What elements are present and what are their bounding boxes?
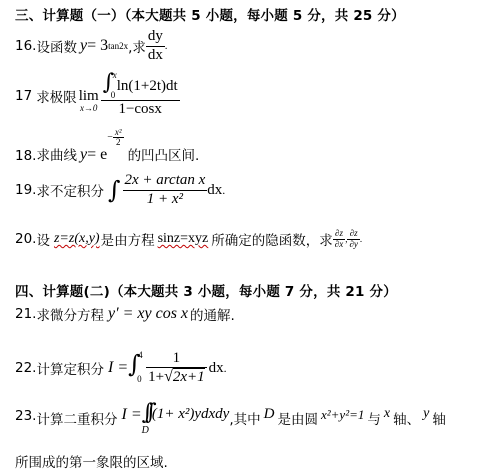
problem-23-line-2: 所围成的第一象限的区域.	[15, 451, 168, 471]
problem-prefix: 求极限	[36, 86, 77, 106]
problem-text: 是由方程	[101, 229, 155, 249]
math-eq: = e	[87, 146, 107, 164]
problem-23: 23. 计算二重积分 I = ∫∫ D (1+ x²)ydxdy ,其中 D 是…	[15, 400, 446, 444]
frac-den: dx	[146, 47, 165, 64]
problem-text: ,其中	[229, 408, 260, 428]
problem-21: 21. 求微分方程 y′ = xy cos x 的通解.	[15, 302, 235, 326]
problem-22: 22. 计算定积分 I = ∫ 4 0 1 1+√2x+1 dx .	[15, 345, 227, 391]
integrand: ln(1+2t)dt	[117, 78, 178, 95]
partial-x-fraction: ∂z ∂x	[333, 229, 345, 249]
problem-number: 17	[15, 88, 32, 104]
frac-num: ∫ x 0 ln(1+2t)dt	[101, 74, 180, 101]
frac-den: 1 + x²	[123, 191, 208, 208]
partial-y-fraction: ∂z ∂y	[347, 229, 359, 249]
problem-number: 23.	[15, 408, 36, 424]
frac-den: ∂y	[347, 240, 359, 249]
frac-den: ∂x	[333, 240, 345, 249]
integrand-fraction: 1 1+√2x+1	[146, 350, 207, 387]
problem-prefix: 设	[36, 229, 50, 249]
problem-prefix: 求不定积分	[36, 180, 104, 200]
den-prefix: 1+	[148, 369, 164, 385]
math-lhs: I =	[108, 359, 128, 377]
integral-upper: 4	[138, 350, 143, 360]
math-var: y	[80, 146, 87, 164]
problem-number: 20.	[15, 231, 36, 247]
axis-y: y	[423, 406, 429, 422]
math-exponent: tan2x	[108, 41, 128, 51]
problem-text: 是由圆	[277, 408, 318, 428]
integral-sign: ∫	[108, 178, 121, 202]
section-3-heading: 三、计算题（一）（本大题共 5 小题，每小题 5 分，共 25 分）	[15, 4, 405, 24]
problem-suffix: 的凹凸区间.	[128, 144, 200, 164]
integral-upper: x	[113, 70, 117, 80]
problem-number: 16.	[15, 38, 36, 54]
implicit-function: z=z(x,y)	[54, 231, 100, 247]
exponent: − x² 2	[107, 128, 123, 148]
derivative-fraction: dy dx	[146, 28, 165, 64]
definite-integral-sign: ∫ 4 0	[128, 350, 146, 386]
problem-text: 轴、	[393, 408, 420, 428]
circle-equation: x²+y²=1	[321, 407, 364, 423]
problem-17: 17 求极限 lim x→0 ∫ x 0 ln(1+2t)dt 1−cosx	[15, 70, 180, 122]
problem-text: 与	[367, 408, 381, 428]
math-var: y	[80, 37, 87, 55]
region-label: D	[264, 406, 275, 423]
frac-num: ∂z	[333, 229, 345, 239]
section-4-heading: 四、计算题(二)（本大题共 3 小题，每小题 7 分，共 21 分）	[15, 280, 397, 300]
integrand: (1+ x²)ydxdy	[152, 406, 230, 423]
frac-den: 2	[113, 138, 124, 147]
problem-text: 轴	[432, 408, 446, 428]
problem-prefix: 求曲线	[36, 144, 77, 164]
limit-operator: lim x→0	[79, 89, 99, 113]
integral-sign: ∫ x 0	[103, 74, 117, 100]
math-eq: = 3	[87, 37, 108, 55]
problem-16: 16. 设函数 y = 3 tan2x ,求 dy dx .	[15, 26, 167, 66]
frac-den: 1+√2x+1	[146, 368, 207, 386]
problem-text: 所确定的隐函数，求	[211, 229, 333, 249]
problem-18: 18. 求曲线 y = e − x² 2 的凹凸区间.	[15, 130, 199, 164]
axis-x: x	[384, 406, 390, 422]
problem-19: 19. 求不定积分 ∫ 2x + arctan x 1 + x² dx .	[15, 168, 225, 212]
problem-prefix: 设函数	[36, 36, 77, 56]
period: .	[222, 183, 225, 198]
problem-text: ,求	[128, 36, 146, 56]
differential: dx	[207, 182, 222, 199]
frac-num: ∂z	[347, 229, 359, 239]
problem-number: 21.	[15, 306, 36, 322]
integral-lower: 0	[137, 374, 142, 384]
problem-prefix: 求微分方程	[36, 304, 104, 324]
period: .	[360, 234, 362, 244]
exp-fraction: x² 2	[113, 128, 124, 148]
frac-den: 1−cosx	[101, 101, 180, 118]
lim-text: lim	[79, 89, 99, 104]
problem-number: 18.	[15, 148, 36, 164]
integral-lower: 0	[111, 90, 116, 100]
math-lhs: I =	[121, 406, 141, 424]
period: .	[165, 41, 168, 52]
differential-equation: y′ = xy cos x	[108, 305, 188, 323]
double-integral-sign: ∫∫ D	[142, 402, 149, 436]
lim-subscript: x→0	[80, 104, 98, 113]
frac-num: dy	[146, 28, 165, 46]
problem-suffix: 的通解.	[190, 304, 235, 324]
frac-num: 1	[146, 350, 207, 368]
problem-prefix: 计算定积分	[36, 358, 104, 378]
equation: sinz=xyz	[158, 231, 209, 247]
frac-num: 2x + arctan x	[123, 172, 208, 190]
integrand-fraction: 2x + arctan x 1 + x²	[123, 172, 208, 208]
integral-region: D	[142, 426, 149, 436]
period: .	[224, 361, 227, 376]
differential: dx	[209, 360, 224, 377]
sqrt-radicand: 2x+1	[173, 368, 205, 385]
problem-number: 19.	[15, 182, 36, 198]
problem-prefix: 计算二重积分	[36, 408, 117, 428]
problem-20: 20. 设 z=z(x,y) 是由方程 sinz=xyz 所确定的隐函数，求 ∂…	[15, 226, 362, 252]
limit-fraction: ∫ x 0 ln(1+2t)dt 1−cosx	[101, 74, 180, 118]
problem-number: 22.	[15, 360, 36, 376]
